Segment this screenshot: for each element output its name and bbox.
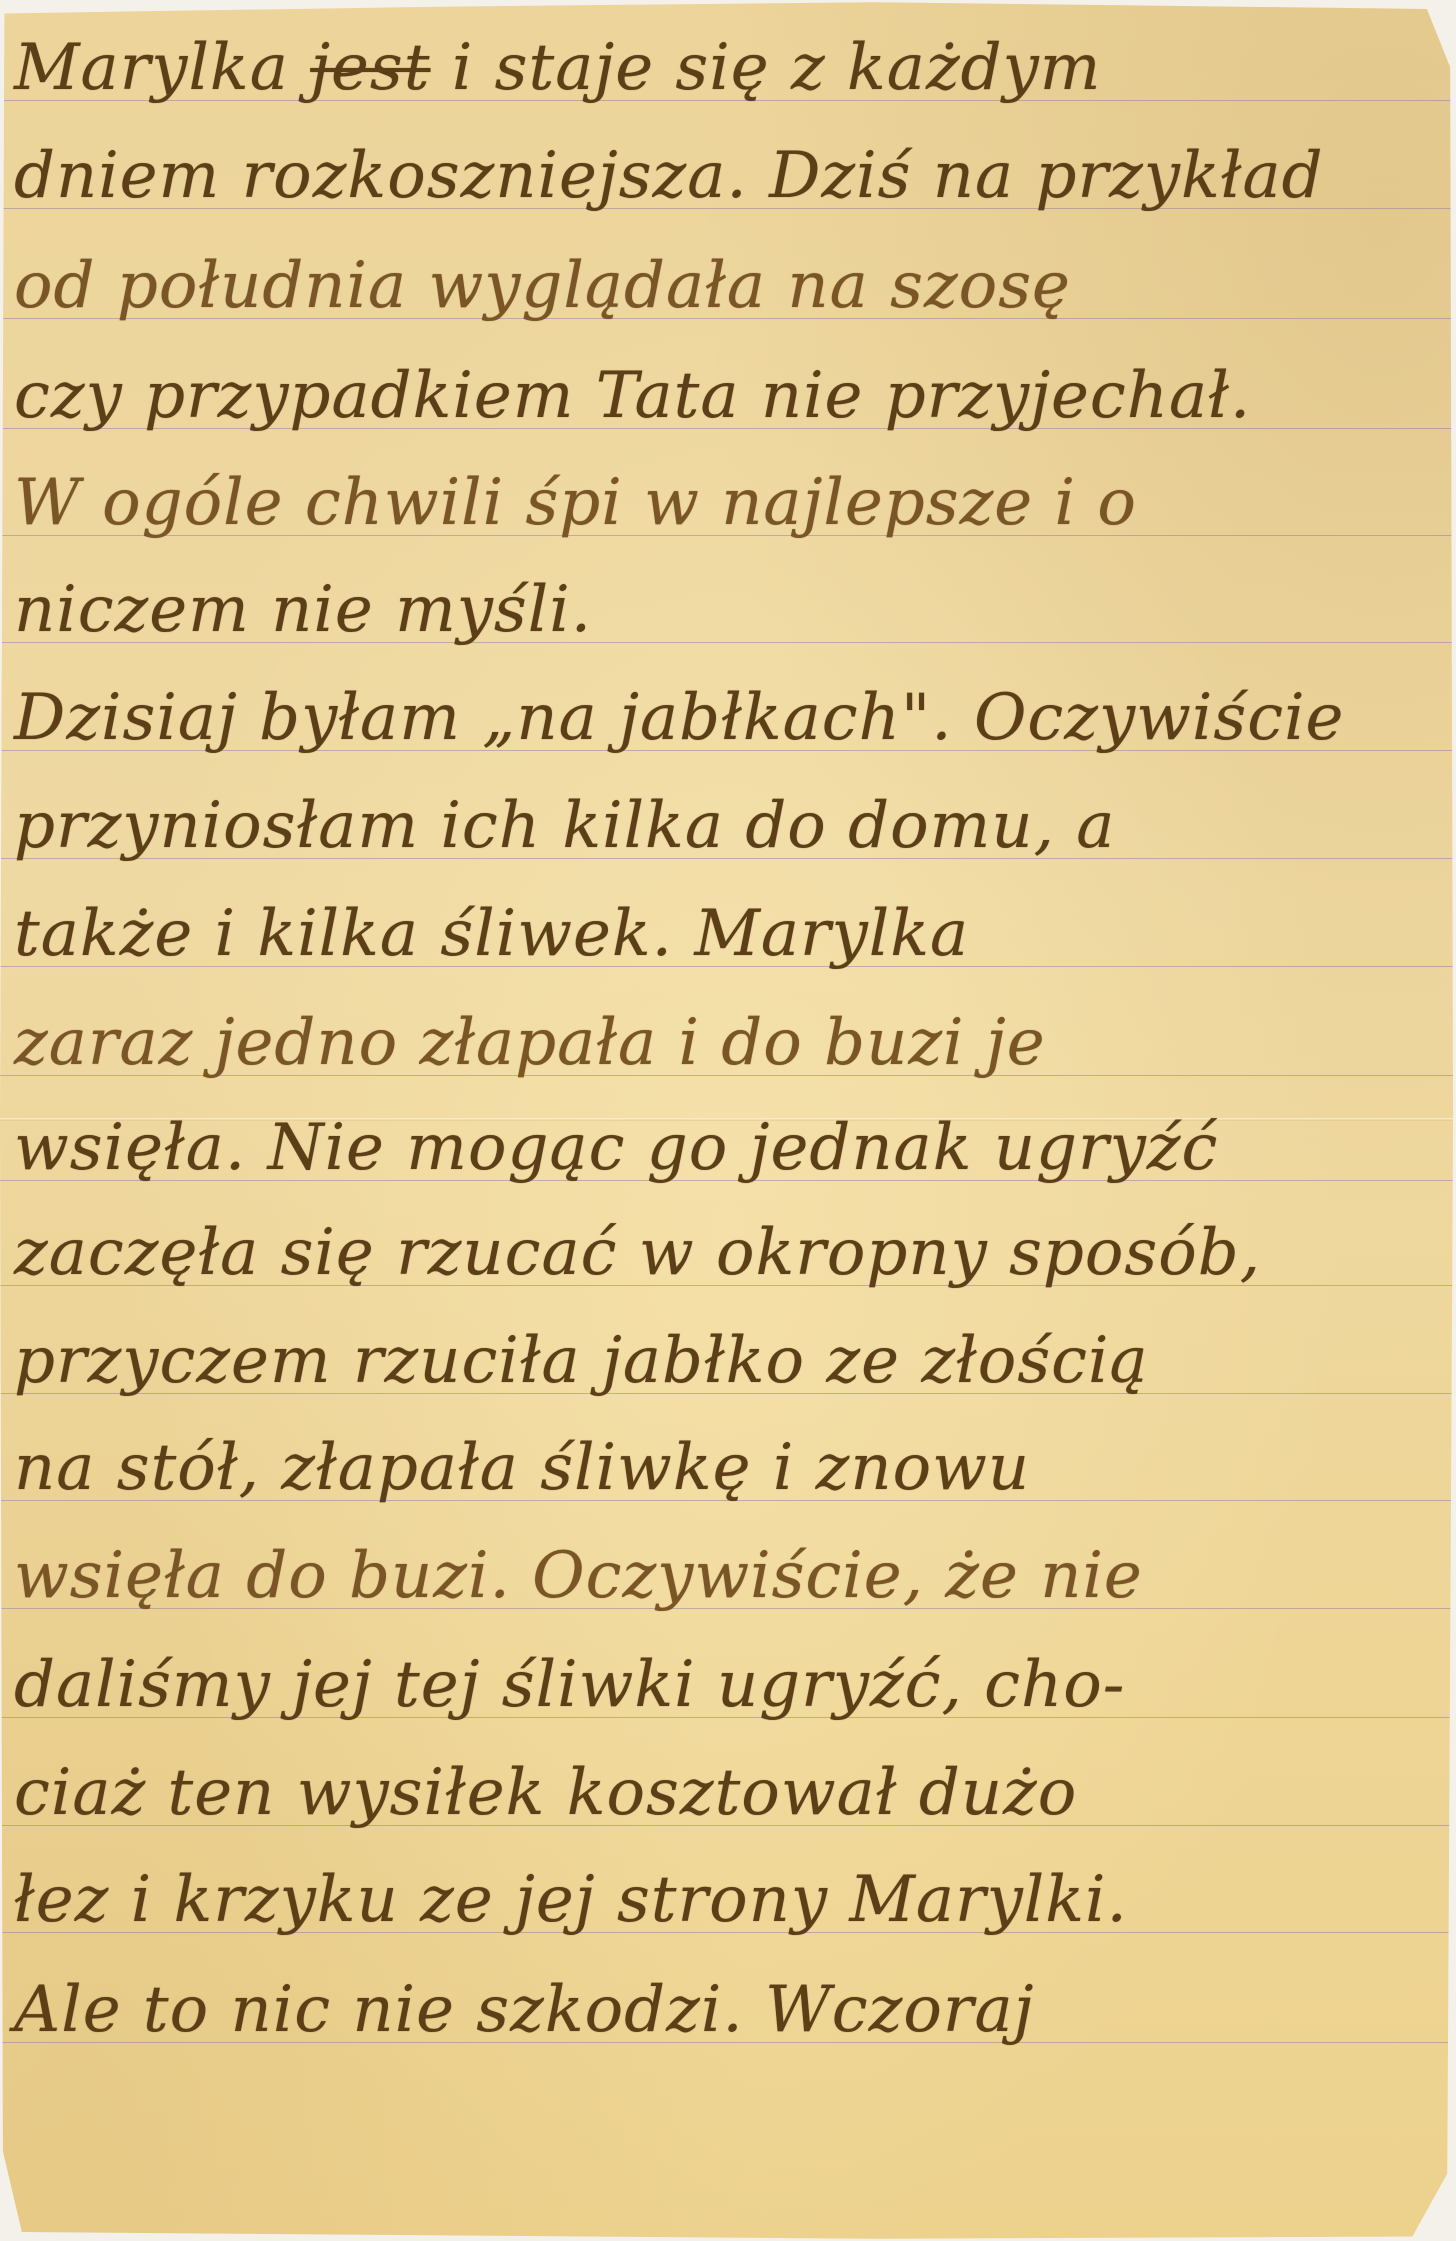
letter-line: czy przypadkiem Tata nie przyjechał. xyxy=(14,364,1442,428)
struck-word: jest xyxy=(310,31,430,105)
letter-line: łez i krzyku ze jej strony Marylki. xyxy=(14,1868,1442,1932)
letter-line: zaczęła się rzucać w okropny sposób, xyxy=(14,1221,1442,1285)
letter-line: Dzisiaj byłam „na jabłkach". Oczywiście xyxy=(14,686,1442,750)
letter-line: Marylka jest i staje się z każdym xyxy=(14,36,1442,100)
letter-line: ciaż ten wysiłek kosztował dużo xyxy=(14,1761,1442,1825)
letter-line: na stół, złapała śliwkę i znowu xyxy=(14,1436,1442,1500)
letter-line: daliśmy jej tej śliwki ugryźć, cho- xyxy=(14,1653,1442,1717)
letter-line: wsięła. Nie mogąc go jednak ugryźć xyxy=(14,1116,1442,1180)
letter-page: Marylka jest i staje się z każdym dniem … xyxy=(0,0,1456,2241)
letter-line: wsięła do buzi. Oczywiście, że nie xyxy=(14,1544,1442,1608)
letter-line: W ogóle chwili śpi w najlepsze i o xyxy=(14,471,1442,535)
letter-line: przyniosłam ich kilka do domu, a xyxy=(14,794,1442,858)
letter-line: także i kilka śliwek. Marylka xyxy=(14,902,1442,966)
letter-line: od południa wyglądała na szosę xyxy=(14,254,1442,318)
letter-line: dniem rozkoszniejsza. Dziś na przykład xyxy=(14,144,1442,208)
letter-line: Ale to nic nie szkodzi. Wczoraj xyxy=(14,1978,1442,2042)
letter-line: zaraz jedno złapała i do buzi je xyxy=(14,1011,1442,1075)
letter-line: niczem nie myśli. xyxy=(14,578,1442,642)
letter-line: przyczem rzuciła jabłko ze złością xyxy=(14,1329,1442,1393)
